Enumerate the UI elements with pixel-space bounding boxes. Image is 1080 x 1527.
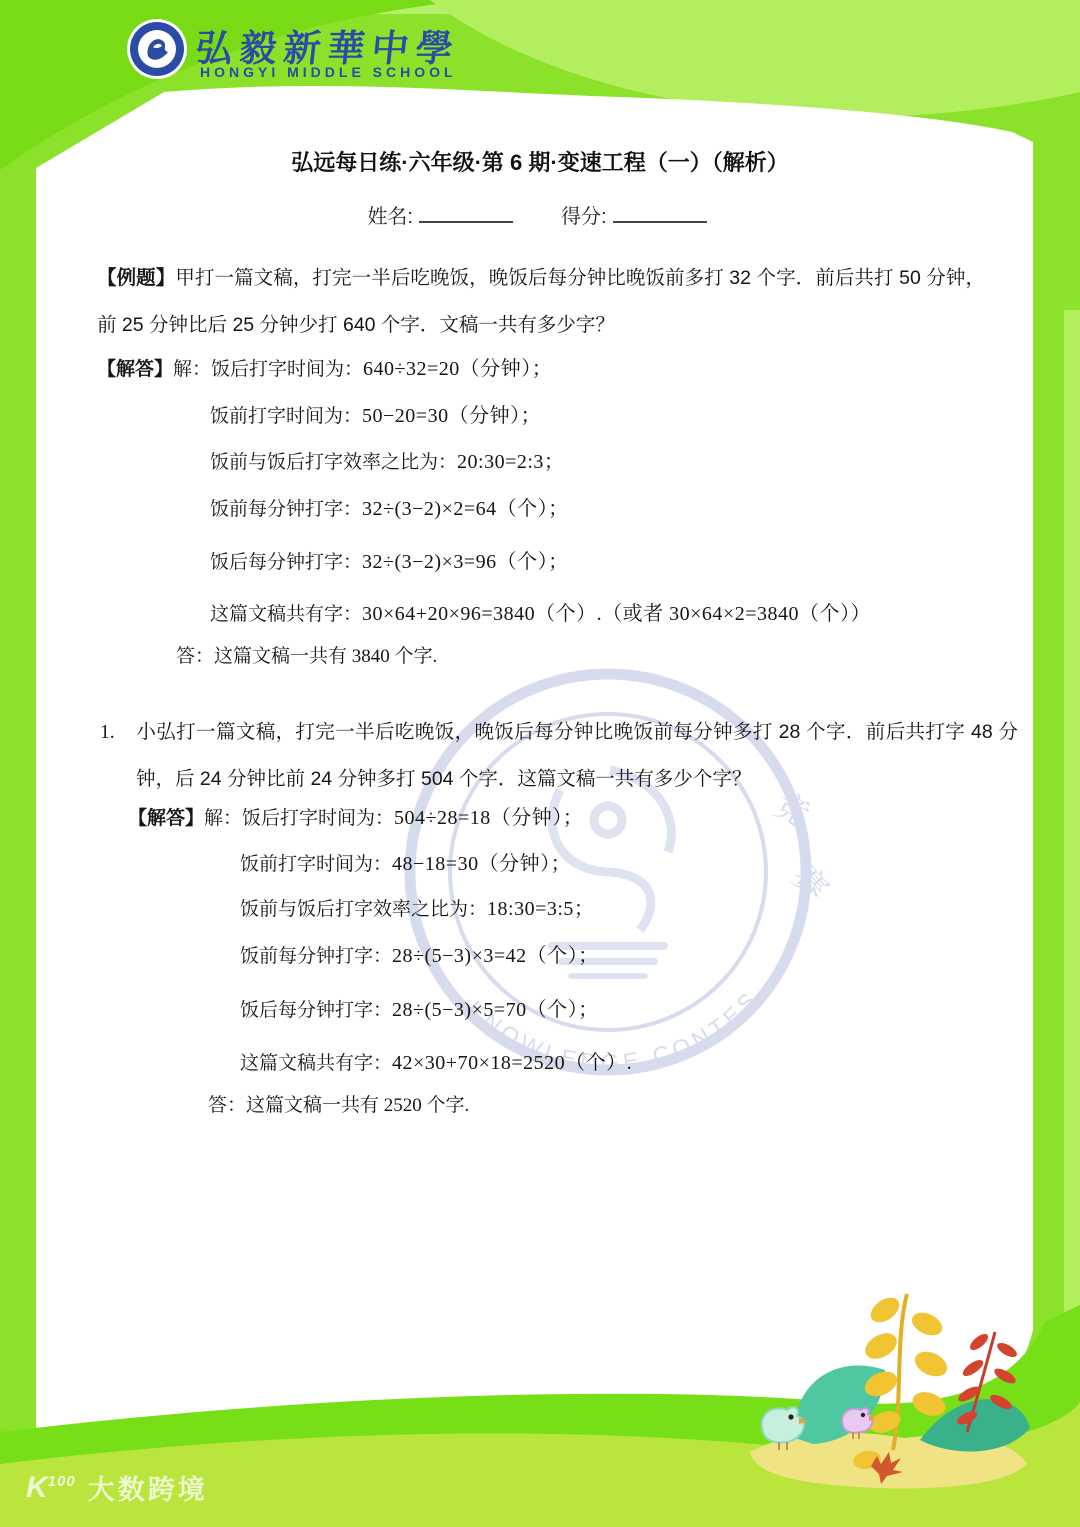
- example-solution-line-1: 【解答】解：饭后打字时间为：640÷32=20（分钟）；: [97, 352, 552, 381]
- problem1-answer-line: 答：这篇文稿一共有 2520 个字.: [208, 1090, 469, 1117]
- step-formula: 18:30=3:5；: [487, 898, 594, 920]
- example-solution-line-6: 这篇文稿共有字：30×64+20×96=3840（个）.（或者 30×64×2=…: [210, 597, 871, 626]
- step-label: 饭前与饭后打字效率之比为：: [210, 452, 457, 473]
- step-label: 饭前每分钟打字：: [210, 499, 362, 520]
- example-text: 甲打一篇文稿，打完一半后吃晚饭，晚饭后每分钟比晚饭前多打 32 个字．前后共打 …: [97, 267, 985, 336]
- k100-logo-icon: K100: [26, 1471, 76, 1505]
- step-formula: 20:30=2:3；: [457, 451, 564, 473]
- step-formula: 504÷28=18（分钟）；: [394, 807, 583, 829]
- step-label: 饭后打字时间为：: [211, 359, 363, 380]
- step-label: 饭后打字时间为：: [242, 808, 394, 829]
- step-label: 饭后每分钟打字：: [240, 1000, 392, 1021]
- step-formula: 48−18=30（分钟）；: [392, 853, 571, 875]
- school-name-en: HONGYI MIDDLE SCHOOL: [200, 64, 457, 80]
- step-formula: 50−20=30（分钟）；: [362, 405, 541, 427]
- example-statement: 【例题】甲打一篇文稿，打完一半后吃晚饭，晚饭后每分钟比晚饭前多打 32 个字．前…: [97, 255, 985, 349]
- step-label: 这篇文稿共有字：: [240, 1053, 392, 1074]
- step-label: 饭前每分钟打字：: [240, 946, 392, 967]
- step-formula: 32÷(3−2)×3=96（个）；: [362, 551, 569, 573]
- school-badge-icon: [127, 19, 187, 79]
- example-tag: 【例题】: [97, 267, 175, 289]
- step-label: 这篇文稿共有字：: [210, 604, 362, 625]
- footer-brand-text: 大数跨境: [88, 1468, 208, 1507]
- step-label: 饭前与饭后打字效率之比为：: [240, 899, 487, 920]
- step-formula: 640÷32=20（分钟）；: [363, 358, 552, 380]
- name-score-row: 姓名:得分:: [0, 200, 1080, 229]
- problem1-statement: 1.小弘打一篇文稿，打完一半后吃晚饭，晚饭后每分钟比晚饭前每分钟多打 28 个字…: [100, 709, 1018, 803]
- step-label: 饭前打字时间为：: [210, 406, 362, 427]
- problem1-solution-line-6: 这篇文稿共有字：42×30+70×18=2520（个）.: [240, 1046, 632, 1075]
- problem1-solution-line-1: 【解答】解：饭后打字时间为：504÷28=18（分钟）；: [128, 801, 583, 830]
- footer-brand-watermark: K100 大数跨境: [26, 1468, 208, 1507]
- step-label: 饭后每分钟打字：: [210, 552, 362, 573]
- name-blank-field: [419, 201, 513, 223]
- example-answer-line: 答：这篇文稿一共有 3840 个字.: [176, 641, 437, 668]
- problem1-text: 小弘打一篇文稿，打完一半后吃晚饭，晚饭后每分钟比晚饭前每分钟多打 28 个字．前…: [136, 721, 1018, 790]
- example-solution-line-4: 饭前每分钟打字：32÷(3−2)×2=64（个）；: [210, 492, 569, 521]
- answer-tag: 【解答】: [97, 359, 173, 380]
- example-solution-line-3: 饭前与饭后打字效率之比为：20:30=2:3；: [210, 445, 564, 474]
- score-blank-field: [613, 201, 707, 223]
- name-label: 姓名:: [367, 206, 413, 228]
- step-formula: 32÷(3−2)×2=64（个）；: [362, 498, 569, 520]
- problem1-solution-line-5: 饭后每分钟打字：28÷(5−3)×5=70（个）；: [240, 993, 599, 1022]
- worksheet-title: 弘远每日练·六年级·第 6 期·变速工程（一）（解析）: [0, 146, 1080, 177]
- step-formula: 28÷(5−3)×5=70（个）；: [392, 999, 599, 1021]
- step-formula: 28÷(5−3)×3=42（个）；: [392, 945, 599, 967]
- solution-prefix: 解：: [204, 808, 242, 829]
- example-solution-line-2: 饭前打字时间为：50−20=30（分钟）；: [210, 399, 541, 428]
- score-label: 得分:: [561, 206, 607, 228]
- problem1-number: 1.: [100, 709, 136, 756]
- answer-tag: 【解答】: [128, 808, 204, 829]
- step-label: 饭前打字时间为：: [240, 854, 392, 875]
- problem1-solution-line-4: 饭前每分钟打字：28÷(5−3)×3=42（个）；: [240, 939, 599, 968]
- step-formula: 42×30+70×18=2520（个）.: [392, 1052, 632, 1074]
- problem1-solution-line-2: 饭前打字时间为：48−18=30（分钟）；: [240, 847, 571, 876]
- solution-prefix: 解：: [173, 359, 211, 380]
- example-solution-line-5: 饭后每分钟打字：32÷(3−2)×3=96（个）；: [210, 545, 569, 574]
- step-formula: 30×64+20×96=3840（个）.（或者 30×64×2=3840（个））: [362, 603, 871, 625]
- problem1-solution-line-3: 饭前与饭后打字效率之比为：18:30=3:5；: [240, 892, 594, 921]
